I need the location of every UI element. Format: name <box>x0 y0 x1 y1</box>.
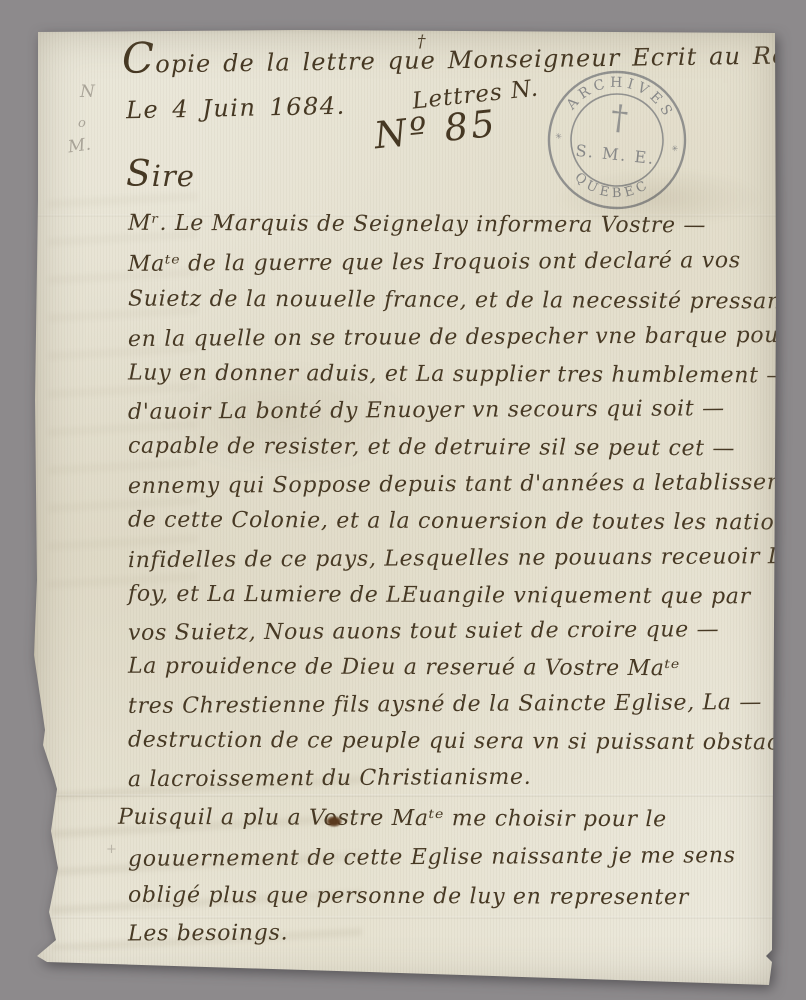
letter-date: Le 4 Juin 1684. <box>126 92 346 125</box>
fold-crease <box>34 916 778 919</box>
letter-line: La prouidence de Dieu a reserué a Vostre… <box>128 654 680 681</box>
scanned-letter-page: N o M. + † Copie de la lettre que Monsei… <box>0 0 806 1000</box>
archive-stamp: ARCHIVES QUEBEC † S. M. E. ✳ ✳ <box>535 58 700 223</box>
bleedthrough-text <box>48 178 198 598</box>
letter-title: Copie de la lettre que Monseigneur Ecrit… <box>122 41 803 78</box>
letter-line: vos Suietz, Nous auons tout suiet de cro… <box>128 617 720 646</box>
letter-line: infidelles de ce pays, Lesquelles ne pou… <box>128 544 806 573</box>
document-number: Nº 85 <box>372 102 499 158</box>
letter-line: tres Chrestienne fils aysné de la Sainct… <box>128 690 762 719</box>
stamp-cross-icon: † <box>609 97 630 139</box>
margin-mark: o <box>78 116 86 131</box>
letter-line: destruction de ce peuple qui sera vn si … <box>128 728 801 756</box>
letter-line: obligé plus que personne de luy en repre… <box>128 883 689 910</box>
stamp-star-right: ✳ <box>671 144 679 154</box>
manuscript-paper: N o M. + † Copie de la lettre que Monsei… <box>34 28 778 988</box>
letter-line: Maᵗᵉ de la guerre que les Iroquois ont d… <box>128 248 741 277</box>
letter-line: foy, et La Lumiere de LEuangile vniqueme… <box>128 582 751 610</box>
letter-line: a lacroissement du Christianisme. <box>128 765 532 792</box>
margin-mark: + <box>106 842 117 857</box>
stamp-center-text: S. M. E. <box>575 141 656 168</box>
letter-line: ennemy qui Soppose depuis tant d'années … <box>128 470 795 499</box>
margin-mark: M. <box>67 135 92 158</box>
stamp-star-left: ✳ <box>555 132 563 142</box>
letter-line: Puisquil a plu a Vostre Maᵗᵉ me choisir … <box>118 805 667 832</box>
letter-line: en la quelle on se trouue de despecher v… <box>128 323 791 352</box>
letter-line: Mʳ. Le Marquis de Seignelay informera Vo… <box>128 211 706 239</box>
letter-line: Luy en donner aduis, et La supplier tres… <box>128 361 789 389</box>
letter-line: capable de resister, et de detruire sil … <box>128 434 735 462</box>
letter-line: Suietz de la nouuelle france, et de la n… <box>128 287 805 315</box>
fold-crease <box>34 794 778 797</box>
margin-mark: N <box>80 82 95 102</box>
letter-line: d'auoir La bonté dy Enuoyer vn secours q… <box>128 396 725 425</box>
salutation: Sire <box>126 154 195 195</box>
paper-shadow-wrap: N o M. + † Copie de la lettre que Monsei… <box>0 0 806 1000</box>
letter-line: Les besoings. <box>128 921 288 947</box>
letter-line: gouuernement de cette Eglise naissante j… <box>128 843 736 872</box>
letter-line: de cette Colonie, et a la conuersion de … <box>128 508 801 536</box>
ink-blot <box>326 816 342 827</box>
